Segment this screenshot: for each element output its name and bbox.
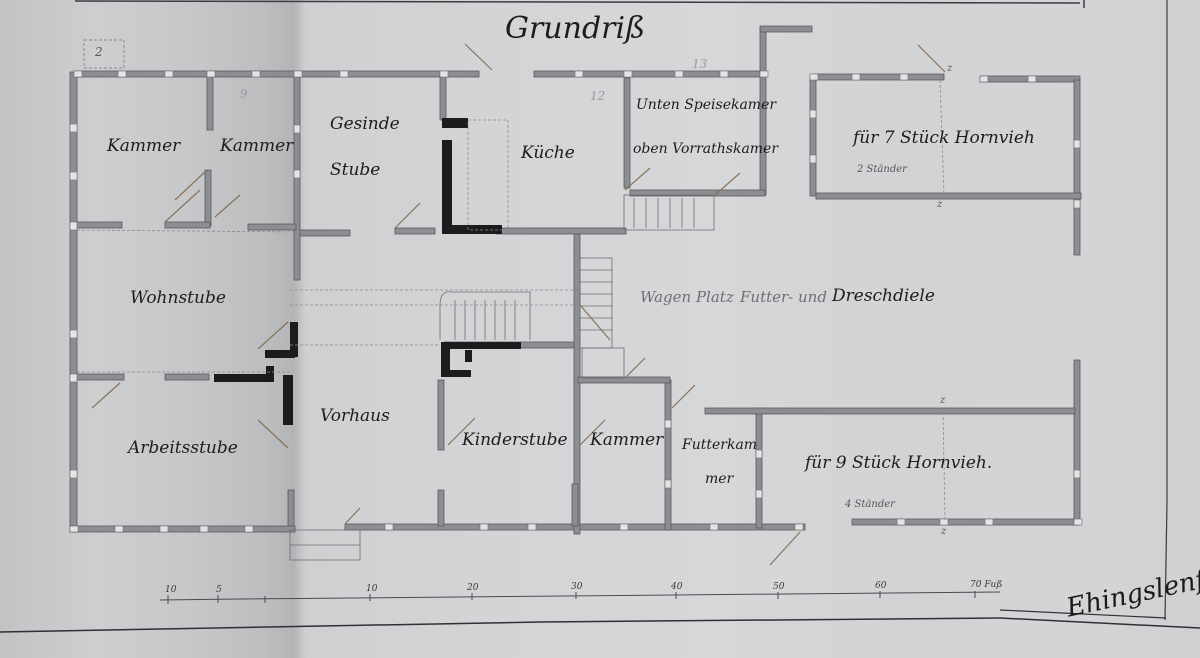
room-label-kinderstube: Kinderstube [462, 432, 568, 449]
scale-tick: 70 Fuß [970, 580, 1002, 590]
room-label-futterkammer-2: mer [705, 472, 733, 486]
room-number: 12 [590, 90, 605, 102]
room-number: 13 [692, 58, 707, 70]
sheet-number-box [84, 40, 124, 68]
room-label-kueche: Küche [521, 145, 575, 162]
scale-tick: 40 [671, 582, 682, 592]
sheet-number: 2 [95, 46, 103, 58]
room-label-futter: Futter- und [740, 290, 827, 305]
room-label-kammer-2: Kammer [220, 138, 293, 155]
section-mark: z [947, 64, 952, 74]
scale-tick: 5 [216, 585, 222, 595]
room-note-stall-7: 2 Ständer [857, 165, 907, 175]
room-label-vorhaus: Vorhaus [320, 408, 390, 425]
section-mark: z [940, 396, 945, 406]
room-label-stube: Stube [330, 162, 380, 179]
room-label-kammer-1: Kammer [107, 138, 180, 155]
room-label-gesinde: Gesinde [330, 116, 400, 133]
room-label-vorrathskammer: oben Vorrathskamer [633, 142, 778, 156]
room-label-kammer-3: Kammer [590, 432, 663, 449]
scale-tick: 50 [773, 582, 784, 592]
section-mark: z [941, 527, 946, 537]
room-label-wohnstube: Wohnstube [130, 290, 226, 307]
floor-plan-sheet: Grundriß 2 9 12 13 Kammer Kammer Gesinde… [0, 0, 1200, 658]
scale-tick: 20 [467, 583, 478, 593]
scale-tick: 10 [366, 584, 377, 594]
room-number: 9 [240, 88, 248, 100]
room-label-futterkammer: Futterkam [682, 438, 757, 452]
room-label-dreschdiele: Dreschdiele [832, 288, 935, 305]
section-mark: z [937, 200, 942, 210]
scale-tick: 60 [875, 581, 886, 591]
room-label-speisekammer: Unten Speisekamer [636, 98, 776, 112]
bottom-border-line [0, 622, 540, 632]
room-label-stall-7: für 7 Stück Hornvieh [853, 130, 1035, 147]
room-label-stall-9: für 9 Stück Hornvieh. [805, 455, 992, 472]
drawing-title: Grundriß [505, 14, 645, 44]
scale-tick: 10 [165, 585, 176, 595]
room-label-wagenplatz: Wagen Platz [640, 290, 734, 305]
top-border-line [75, 1, 1080, 3]
scale-bar [160, 591, 1000, 604]
room-label-arbeitsstube: Arbeitsstube [128, 440, 238, 457]
room-note-stall-9: 4 Ständer [845, 500, 895, 510]
scale-tick: 30 [571, 582, 582, 592]
